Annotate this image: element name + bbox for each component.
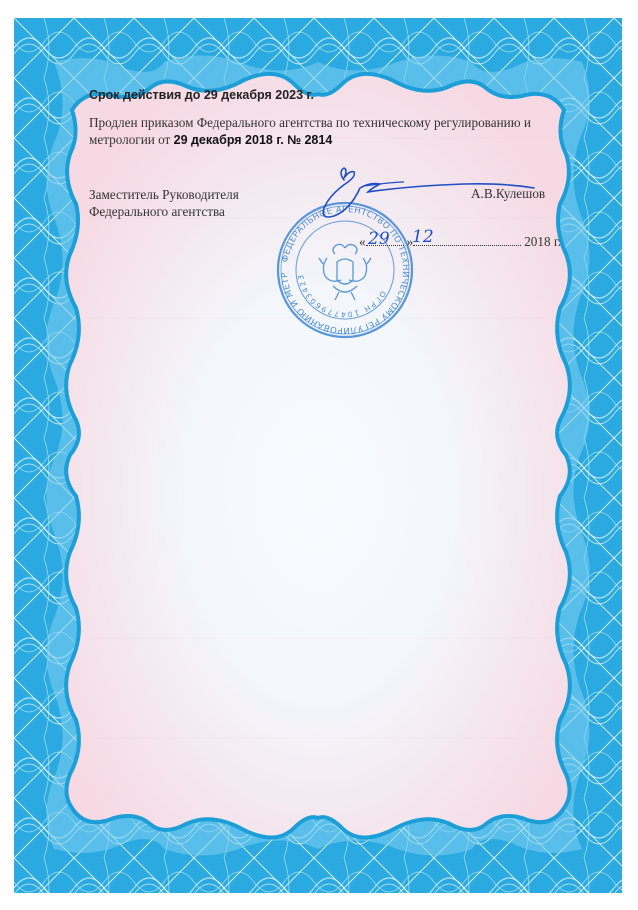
- position-line-1: Заместитель Руководителя: [89, 186, 239, 203]
- position-line-2: Федерального агентства: [89, 203, 239, 220]
- extension-paragraph: Продлен приказом Федерального агентства …: [89, 114, 559, 149]
- handwritten-month: 12: [412, 227, 434, 247]
- handwritten-date: 29 12: [364, 222, 454, 252]
- handwritten-signature: [304, 158, 564, 218]
- certificate-sheet: Срок действия до 29 декабря 2023 г. Прод…: [14, 18, 622, 893]
- handwritten-day: 29: [367, 229, 390, 249]
- order-date: 29 декабря 2018 г.: [174, 133, 284, 147]
- double-headed-eagle-icon: [319, 244, 371, 300]
- date-year: 2018 г.: [524, 234, 561, 249]
- document-content: Срок действия до 29 декабря 2023 г. Прод…: [14, 18, 622, 893]
- order-number: № 2814: [287, 133, 332, 147]
- validity-line: Срок действия до 29 декабря 2023 г.: [89, 88, 314, 102]
- signatory-position: Заместитель Руководителя Федерального аг…: [89, 186, 239, 220]
- official-stamp: ФЕДЕРАЛЬНОЕ АГЕНТСТВО ПО ТЕХНИЧЕСКОМУ РЕ…: [275, 200, 415, 340]
